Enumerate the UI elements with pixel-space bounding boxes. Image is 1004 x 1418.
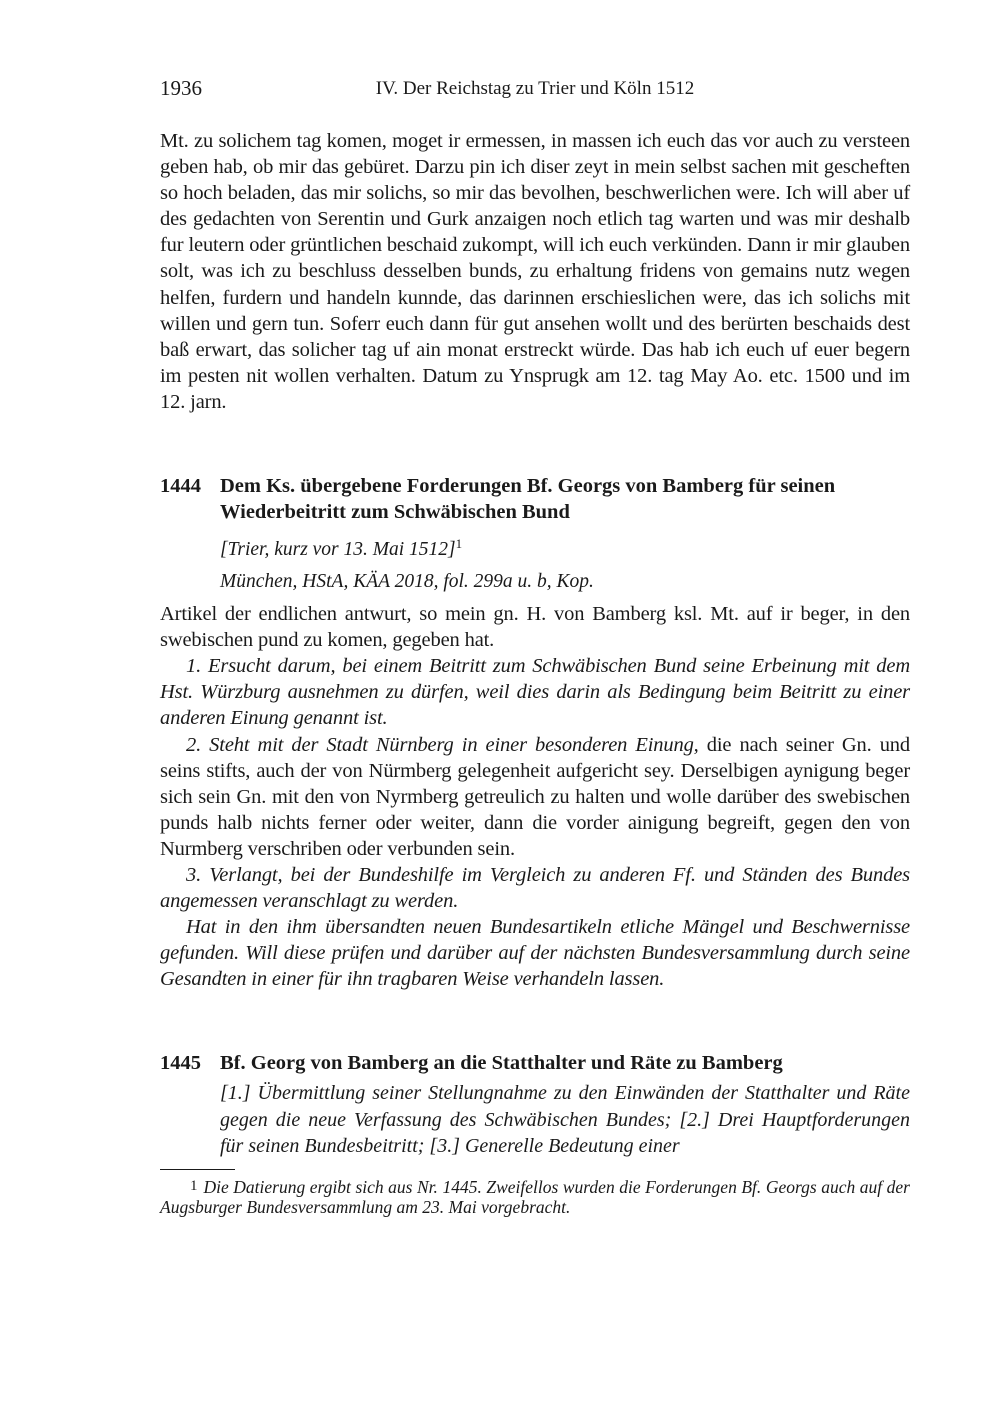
running-head: 1936 IV. Der Reichstag zu Trier und Köln… [160,76,910,106]
entry-point-2: 2. Steht mit der Stadt Nürnberg in einer… [160,732,910,862]
entry-1445: 1445 Bf. Georg von Bamberg an die Statth… [160,1050,910,1158]
entry-date: [Trier, kurz vor 13. Mai 1512]1 [160,531,910,563]
entry-source: München, HStA, KÄA 2018, fol. 299a u. b,… [160,569,910,595]
document-page: 1936 IV. Der Reichstag zu Trier und Köln… [160,76,910,1217]
footnote-rule [160,1169,235,1170]
entry-point-2-summary: 2. Steht mit der Stadt Nürnberg in einer… [186,734,699,756]
footnote-reference[interactable]: 1 [456,536,463,551]
running-head-title: IV. Der Reichstag zu Trier und Köln 1512 [160,78,910,100]
lead-paragraph: Mt. zu solichem tag komen, moget ir erme… [160,128,910,415]
entry-number: 1445 [160,1050,220,1076]
entry-point-1: 1. Ersucht darum, bei einem Beitritt zum… [160,653,910,731]
entry-intro: Artikel der endlichen antwurt, so mein g… [160,601,910,653]
entry-heading: 1445 Bf. Georg von Bamberg an die Statth… [160,1050,910,1076]
entry-heading: 1444 Dem Ks. übergebene Forderungen Bf. … [160,473,910,525]
entry-1444: 1444 Dem Ks. übergebene Forderungen Bf. … [160,473,910,992]
entry-number: 1444 [160,473,220,525]
entry-closing: Hat in den ihm übersandten neuen Bundesa… [160,914,910,992]
footnote-1: 1Die Datierung ergibt sich aus Nr. 1445.… [160,1176,910,1217]
footnote-mark: 1 [190,1178,198,1194]
entry-title: Dem Ks. übergebene Forderungen Bf. Georg… [220,473,910,525]
entry-title: Bf. Georg von Bamberg an die Statthalter… [220,1050,910,1076]
footnote-text: Die Datierung ergibt sich aus Nr. 1445. … [160,1177,910,1217]
entry-date-text: [Trier, kurz vor 13. Mai 1512] [220,539,456,560]
entry-regest: [1.] Übermittlung seiner Stellungnahme z… [160,1080,910,1158]
entry-point-3: 3. Verlangt, bei der Bundeshilfe im Verg… [160,862,910,914]
